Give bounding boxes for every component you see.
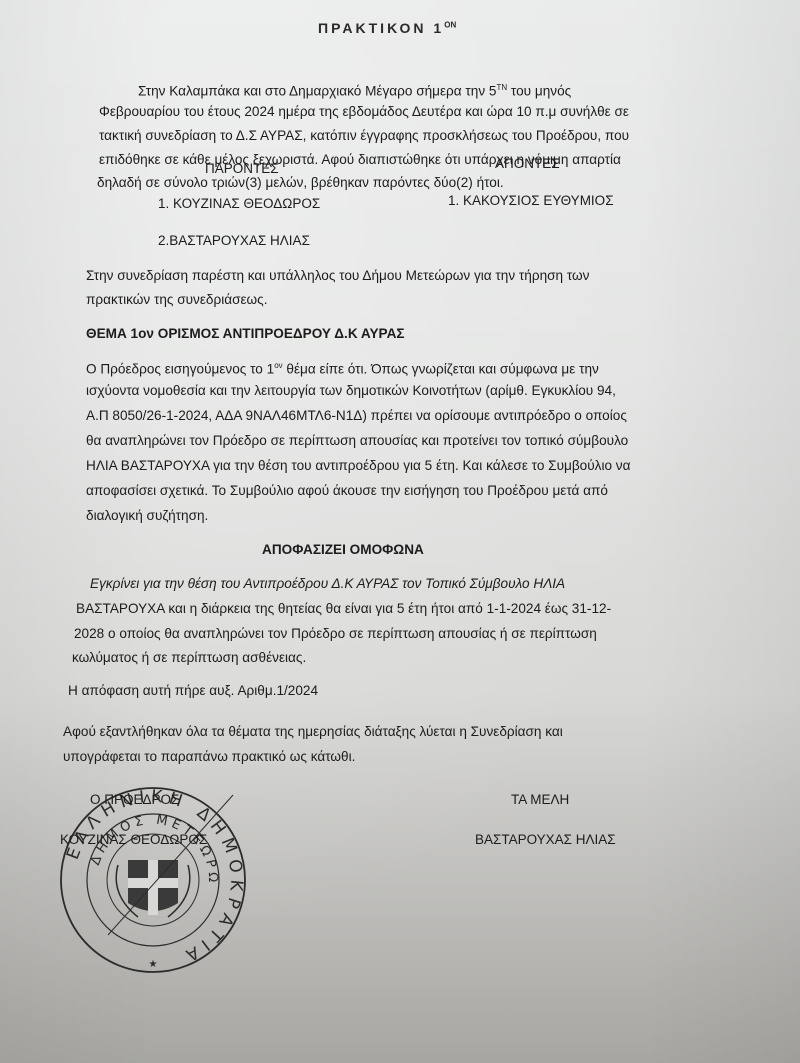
decision-line-2: ΒΑΣΤΑΡΟΥΧΑ και η διάρκεια της θητείας θα… — [76, 597, 611, 621]
present-header: ΠΑΡΟΝΤΕΣ — [205, 161, 279, 176]
president-name: ΚΟΥΖΙΝΑΣ ΘΕΟΔΩΡΟΣ — [60, 832, 207, 847]
topic-line-3: Α.Π 8050/26-1-2024, ΑΔΑ 9ΝΑΛ46ΜΤΛ6-Ν1Δ) … — [86, 404, 627, 428]
topic-line-2: ισχύοντα νομοθεσία και την λειτουργία τω… — [86, 379, 616, 403]
members-label: ΤΑ ΜΕΛΗ — [511, 792, 569, 807]
topic-line-1: Ο Πρόεδρος εισηγούμενος το 1ον θέμα είπε… — [86, 354, 599, 382]
member-name-1: ΒΑΣΤΑΡΟΥΧΑΣ ΗΛΙΑΣ — [475, 832, 616, 847]
closing-line-1: Αφού εξαντλήθηκαν όλα τα θέματα της ημερ… — [63, 720, 563, 744]
topic-line-4: θα αναπληρώνει τον Πρόεδρο σε περίπτωση … — [86, 429, 628, 453]
decision-number: Η απόφαση αυτή πήρε αυξ. Αριθμ.1/2024 — [68, 679, 318, 703]
topic-heading: ΘΕΜΑ 1ον ΟΡΙΣΜΟΣ ΑΝΤΙΠΡΟΕΔΡΟΥ Δ.Κ ΑΥΡΑΣ — [86, 322, 405, 346]
decision-line-4: κωλύματος ή σε περίπτωση ασθένειας. — [72, 646, 306, 670]
coat-of-arms-icon — [116, 860, 190, 917]
employee-note-line-1: Στην συνεδρίαση παρέστη και υπάλληλος το… — [86, 264, 589, 288]
document-title: ΠΡΑΚΤΙΚΟΝ 1ΟΝ — [318, 20, 456, 36]
decision-line-1: Εγκρίνει για την θέση του Αντιπροέδρου Δ… — [90, 572, 565, 596]
intro-line-5: δηλαδή σε σύνολο τριών(3) μελών, βρέθηκα… — [97, 171, 504, 195]
absent-member-1: 1. ΚΑΚΟΥΣΙΟΣ ΕΥΘΥΜΙΟΣ — [448, 193, 614, 208]
decision-line-3: 2028 ο οποίος θα αναπληρώνει τον Πρόεδρο… — [74, 622, 597, 646]
present-member-1: 1. ΚΟΥΖΙΝΑΣ ΘΕΟΔΩΡΟΣ — [158, 196, 320, 211]
topic-line-7: διαλογική συζήτηση. — [86, 504, 208, 528]
present-member-2: 2.ΒΑΣΤΑΡΟΥΧΑΣ ΗΛΙΑΣ — [158, 233, 310, 248]
employee-note-line-2: πρακτικών της συνεδριάσεως. — [86, 288, 268, 312]
intro-line-2: Φεβρουαρίου του έτους 2024 ημέρα της εβδ… — [99, 100, 629, 124]
svg-text:★: ★ — [149, 959, 158, 970]
topic-line-6: αποφασίσει σχετικά. Το Συμβούλιο αφού άκ… — [86, 479, 608, 503]
president-label: Ο ΠΡΟΕΔΡΟΣ — [90, 792, 179, 807]
topic-line-5: ΗΛΙΑ ΒΑΣΤΑΡΟΥΧΑ για την θέση του αντιπρο… — [86, 454, 630, 478]
municipal-stamp-icon: ΕΛΛΗΝΙΚΗ ΔΗΜΟΚΡΑΤΙΑ ΔΗΜΟΣ ΜΕΤΕΩΡΩΝ ★ — [58, 785, 248, 975]
absent-header: ΑΠΟΝΤΕΣ — [495, 156, 560, 171]
decision-heading: ΑΠΟΦΑΣΙΖΕΙ ΟΜΟΦΩΝΑ — [262, 538, 424, 562]
intro-line-3: τακτική συνεδρίαση το Δ.Σ ΑΥΡΑΣ, κατόπιν… — [99, 124, 629, 148]
closing-line-2: υπογράφεται το παραπάνω πρακτικό ως κάτω… — [63, 745, 355, 769]
